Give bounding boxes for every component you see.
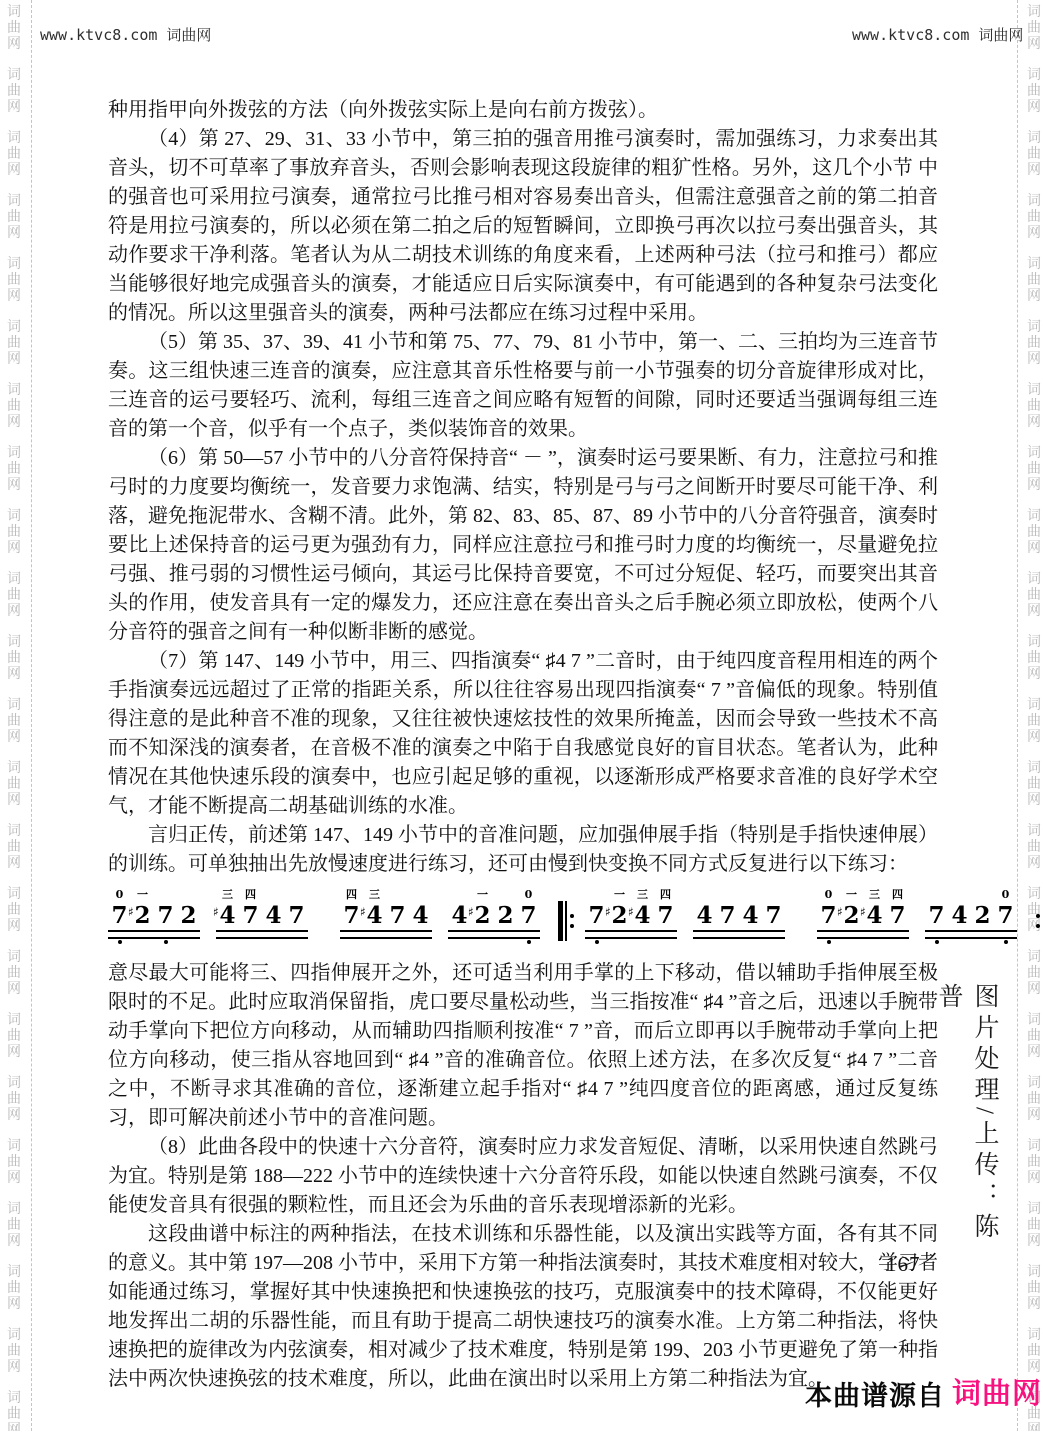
repeat-end-barline (1035, 901, 1042, 941)
watermark-characters: 词曲网 (1027, 697, 1041, 745)
body-paragraph: （6）第 50—57 小节中的八分音符保持音“ － ”，演奏时运弓要果断、有力，… (108, 444, 938, 647)
notation-note: 7 (386, 904, 409, 928)
watermark-characters: 词曲网 (1027, 256, 1041, 304)
notation-notes: 42♯一270 (448, 904, 540, 928)
notation-note: 4 (693, 904, 716, 928)
notation-notes: 74270 (925, 904, 1017, 928)
notation-group: 72♯一4♯三7四 (585, 904, 677, 951)
notation-notes: 7四4♯三74 (340, 904, 432, 928)
notation-note: 4 (262, 904, 285, 928)
watermark-characters: 词曲网 (7, 67, 21, 115)
watermark-characters: 词曲网 (7, 1327, 21, 1375)
watermark-characters: 词曲网 (1027, 760, 1041, 808)
low-octave-dot (1004, 940, 1008, 944)
watermark-characters: 词曲网 (1027, 67, 1041, 115)
watermark-characters: 词曲网 (7, 256, 21, 304)
low-octave-dot (827, 940, 831, 944)
watermark-characters: 词曲网 (7, 4, 21, 52)
watermark-characters: 词曲网 (1027, 1012, 1041, 1060)
watermark-characters: 词曲网 (1027, 1201, 1041, 1249)
notation-group: 7四4♯三74 (340, 904, 432, 951)
notation-note: 4♯三 (863, 904, 886, 928)
fingering-mark: 三 (216, 889, 239, 900)
low-octave-dot (935, 940, 939, 944)
watermark-characters: 词曲网 (7, 445, 21, 493)
watermark-characters: 词曲网 (1027, 634, 1041, 682)
watermark-characters: 词曲网 (1027, 319, 1041, 367)
footer-brand-logo: 词曲网 (952, 1371, 1042, 1412)
watermark-characters: 词曲网 (7, 1012, 21, 1060)
watermark-characters: 词曲网 (7, 634, 21, 682)
watermark-characters: 词曲网 (1027, 4, 1041, 52)
sharp-sign: ♯ (213, 900, 219, 924)
notation-notes: 702♯一72 (108, 904, 200, 928)
watermark-characters: 词曲网 (7, 508, 21, 556)
sharp-sign: ♯ (628, 900, 634, 924)
sixteenth-beam (925, 930, 1017, 939)
body-paragraph: （8）此曲各段中的快速十六分音符，演奏时应力求发音短促、清晰，以采用快速自然跳弓… (108, 1133, 938, 1220)
notation-note: 4 (409, 904, 432, 928)
fingering-mark: 三 (631, 889, 654, 900)
notation-note: 2 (494, 904, 517, 928)
notation-note: 7 (716, 904, 739, 928)
fingering-mark: 四 (340, 889, 363, 900)
fingering-mark: 一 (471, 889, 494, 900)
page-number: 167 (886, 1252, 921, 1277)
notation-note: 70 (994, 904, 1017, 928)
notation-group: 4747 (693, 904, 785, 951)
fingering-mark: 0 (994, 889, 1017, 900)
watermark-characters: 词曲网 (7, 697, 21, 745)
notation-group: 4♯三7四47 (216, 904, 308, 951)
notation-notes: 72♯一4♯三7四 (585, 904, 677, 928)
watermark-characters: 词曲网 (7, 130, 21, 178)
notation-note: 7 (762, 904, 785, 928)
fingering-mark: 一 (840, 889, 863, 900)
notation-notes: 702♯一4♯三7四 (817, 904, 909, 928)
fingering-mark: 四 (886, 889, 909, 900)
fingering-mark: 一 (608, 889, 631, 900)
watermark-characters: 词曲网 (7, 760, 21, 808)
watermark-characters: 词曲网 (7, 886, 21, 934)
watermark-characters: 词曲网 (1027, 382, 1041, 430)
fingering-mark: 0 (108, 889, 131, 900)
watermark-characters: 词曲网 (7, 382, 21, 430)
sixteenth-beam (817, 930, 909, 939)
sharp-sign: ♯ (860, 900, 866, 924)
watermark-characters: 词曲网 (1027, 571, 1041, 619)
sixteenth-beam (693, 930, 785, 939)
notation-note: 2 (177, 904, 200, 928)
watermark-characters: 词曲网 (7, 1075, 21, 1123)
notation-note: 4♯三 (216, 904, 239, 928)
watermark-characters: 词曲网 (1027, 130, 1041, 178)
repeat-dots (1035, 901, 1041, 941)
low-octave-dot (164, 940, 168, 944)
notation-note: 7 (925, 904, 948, 928)
fingering-mark: 0 (517, 889, 540, 900)
sharp-sign: ♯ (837, 900, 843, 924)
sharp-sign: ♯ (605, 900, 611, 924)
sixteenth-beam (448, 930, 540, 939)
fingering-mark: 三 (863, 889, 886, 900)
watermark-characters: 词曲网 (1027, 1075, 1041, 1123)
watermark-characters: 词曲网 (7, 1138, 21, 1186)
watermark-characters: 词曲网 (1027, 193, 1041, 241)
notation-note: 2♯一 (131, 904, 154, 928)
notation-note: 4 (948, 904, 971, 928)
footer-source-label: 本曲谱源自 (805, 1374, 945, 1413)
repeat-dots (569, 901, 575, 941)
fingering-mark: 一 (131, 889, 154, 900)
notation-note: 7 (154, 904, 177, 928)
scanned-book-page: 词曲网词曲网词曲网词曲网词曲网词曲网词曲网词曲网词曲网词曲网词曲网词曲网词曲网词… (0, 0, 1042, 1431)
notation-note: 70 (517, 904, 540, 928)
notation-note: 7四 (654, 904, 677, 928)
watermark-characters: 词曲网 (1027, 508, 1041, 556)
watermark-characters: 词曲网 (1027, 1327, 1041, 1375)
notation-note: 7四 (239, 904, 262, 928)
watermark-characters: 词曲网 (7, 1201, 21, 1249)
body-paragraph: 言归正传，前述第 147、149 小节中的音准问题，应加强伸展手指（特别是手指快… (108, 821, 938, 879)
sixteenth-beam (340, 930, 432, 939)
notation-note: 7四 (886, 904, 909, 928)
body-paragraph: （5）第 35、37、39、41 小节和第 75、77、79、81 小节中，第一… (108, 328, 938, 444)
body-paragraph: 这段曲谱中标注的两种指法，在技术训练和乐器性能，以及演出实践等方面，各有其不同的… (108, 1220, 938, 1394)
watermark-characters: 词曲网 (1027, 823, 1041, 871)
sixteenth-beam (216, 930, 308, 939)
left-dashed-rule (31, 0, 32, 1431)
watermark-characters: 词曲网 (7, 319, 21, 367)
watermark-characters: 词曲网 (7, 193, 21, 241)
low-octave-dot (118, 940, 122, 944)
notation-group: 42♯一270 (448, 904, 540, 951)
sixteenth-beam (585, 930, 677, 939)
notation-note: 2♯一 (471, 904, 494, 928)
left-watermark-strip: 词曲网词曲网词曲网词曲网词曲网词曲网词曲网词曲网词曲网词曲网词曲网词曲网词曲网词… (4, 4, 24, 1431)
notation-notes: 4♯三7四47 (216, 904, 308, 928)
right-dashed-rule (1017, 0, 1018, 1431)
fingering-mark: 三 (363, 889, 386, 900)
notation-notes: 4747 (693, 904, 785, 928)
notation-note: 4♯三 (631, 904, 654, 928)
notation-group: 702♯一72 (108, 904, 200, 951)
fingering-mark: 四 (239, 889, 262, 900)
article-body: 种用指甲向外拨弦的方法（向外拨弦实际上是向右前方拨弦）。 （4）第 27、29、… (108, 96, 938, 1394)
notation-note: 2 (971, 904, 994, 928)
body-paragraph: （7）第 147、149 小节中，用三、四指演奏“ ♯4 7 ”二音时，由于纯四… (108, 647, 938, 821)
site-watermark-top-right: www.ktvc8.com 词曲网 (852, 24, 1023, 45)
sharp-sign: ♯ (360, 900, 366, 924)
fingering-mark: 0 (817, 889, 840, 900)
sharp-sign: ♯ (128, 900, 134, 924)
notation-group: 702♯一4♯三7四 (817, 904, 909, 951)
sharp-sign: ♯ (468, 900, 474, 924)
watermark-characters: 词曲网 (7, 571, 21, 619)
body-paragraph: （4）第 27、29、31、33 小节中，第三拍的强音用推弓演奏时，需加强练习，… (108, 125, 938, 328)
music-notation-line: 702♯一724♯三7四477四4♯三7442♯一27072♯一4♯三7四474… (108, 889, 938, 951)
sixteenth-beam (108, 930, 200, 939)
low-octave-dot (527, 940, 531, 944)
uploader-caption: 图片处理/上传：陈普 (930, 983, 1002, 1253)
body-paragraph: 意尽最大可能将三、四指伸展开之外，还可适当利用手掌的上下移动，借以辅助手指伸展至… (108, 959, 938, 1133)
right-watermark-strip: 词曲网词曲网词曲网词曲网词曲网词曲网词曲网词曲网词曲网词曲网词曲网词曲网词曲网词… (1024, 4, 1042, 1431)
watermark-characters: 词曲网 (7, 949, 21, 997)
notation-note: 4 (739, 904, 762, 928)
watermark-characters: 词曲网 (7, 823, 21, 871)
notation-group: 74270 (925, 904, 1017, 951)
watermark-characters: 词曲网 (1027, 1138, 1041, 1186)
notation-note: 4♯三 (363, 904, 386, 928)
body-paragraph: 种用指甲向外拨弦的方法（向外拨弦实际上是向右前方拨弦）。 (108, 96, 938, 125)
watermark-characters: 词曲网 (1027, 445, 1041, 493)
low-octave-dot (595, 940, 599, 944)
repeat-begin-barline (558, 901, 575, 941)
fingering-mark: 四 (654, 889, 677, 900)
watermark-characters: 词曲网 (1027, 1264, 1041, 1312)
site-watermark-top-left: www.ktvc8.com 词曲网 (40, 24, 211, 45)
watermark-characters: 词曲网 (7, 1390, 21, 1431)
watermark-characters: 词曲网 (7, 1264, 21, 1312)
watermark-characters: 词曲网 (1027, 949, 1041, 997)
notation-note: 7 (285, 904, 308, 928)
